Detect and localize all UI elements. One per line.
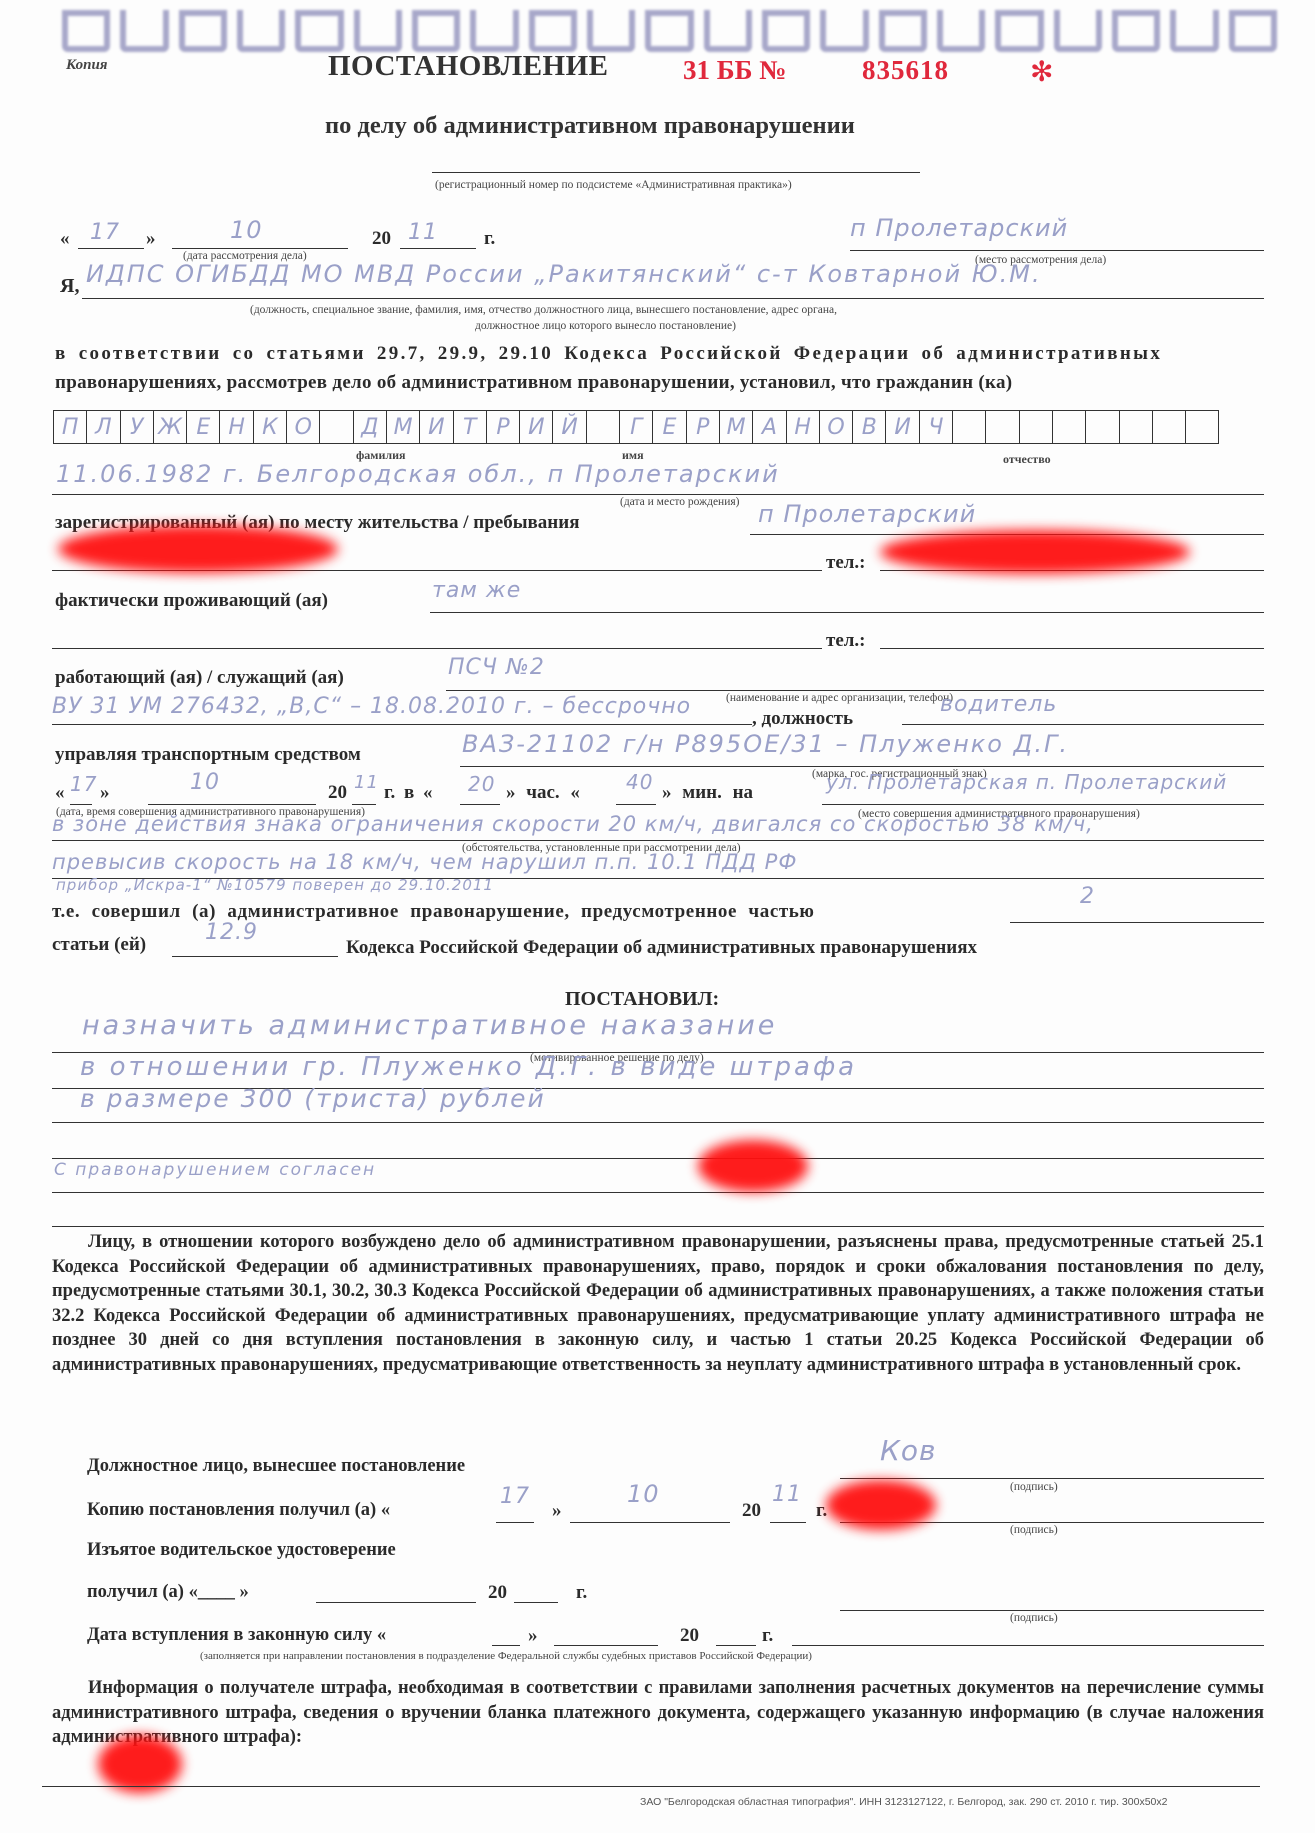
patronymic-caption: отчество: [1003, 452, 1051, 467]
decision-field-3[interactable]: [52, 1122, 1264, 1123]
signature-caption-3: (подпись): [1010, 1612, 1058, 1624]
name-letter-box[interactable]: Е: [187, 410, 220, 444]
name-letter-box[interactable]: Р: [487, 410, 520, 444]
decision-line-1: назначить административное наказание: [82, 1010, 777, 1041]
registered-value: п Пролетарский: [758, 500, 976, 528]
rights-text: Лицу, в отношении которого возбуждено де…: [52, 1230, 1264, 1377]
offense-year-field[interactable]: [352, 804, 376, 805]
name-letter-box[interactable]: И: [520, 410, 553, 444]
birth-caption: (дата и место рождения): [620, 496, 739, 508]
part-field[interactable]: [1010, 922, 1264, 923]
payment-info-paragraph: Информация о получателе штрафа, необходи…: [52, 1676, 1264, 1750]
star-mark-icon: ✻: [1030, 55, 1053, 89]
official-signature-field[interactable]: [840, 1478, 1264, 1479]
copy-year-field[interactable]: [770, 1522, 806, 1523]
code-label: Кодекса Российской Федерации об админист…: [346, 937, 977, 959]
circumstances-1: в зоне действия знака ограничения скорос…: [52, 812, 1094, 836]
decision-field-4[interactable]: [52, 1158, 1264, 1159]
vehicle-label: управляя транспортным средством: [55, 744, 361, 766]
copy-month: 10: [627, 1480, 660, 1508]
part-value: 2: [1080, 884, 1095, 909]
offense-minute-field[interactable]: [616, 804, 656, 805]
license-year-field[interactable]: [514, 1602, 558, 1603]
vehicle-value: ВАЗ-21102 г/н Р895ОЕ/31 – Плуженко Д.Г.: [462, 730, 1069, 758]
license-withdrawn-label: Изъятое водительское удостоверение: [87, 1540, 396, 1561]
license-received-label: получил (а) «____ »: [87, 1582, 249, 1603]
position-value: водитель: [940, 692, 1057, 717]
serial-number: 835618: [862, 55, 949, 86]
review-month: 10: [230, 216, 263, 244]
name-letter-box[interactable]: И: [420, 410, 453, 444]
name-letter-box[interactable]: А: [753, 410, 786, 444]
signature-caption-2: (подпись): [1010, 1524, 1058, 1536]
citizen-name-boxes[interactable]: ПЛУЖЕНКОДМИТРИЙГЕРМАНОВИЧ: [53, 410, 1219, 444]
decision-line-2: в отношении гр. Плуженко Д.Г. в виде штр…: [80, 1052, 857, 1082]
license-month-field[interactable]: [316, 1602, 476, 1603]
name-letter-box[interactable]: [320, 410, 353, 444]
name-letter-box[interactable]: Г: [620, 410, 653, 444]
official-field[interactable]: [82, 298, 1264, 299]
decision-line-3: в размере 300 (триста) рублей: [80, 1084, 546, 1113]
decision-heading: ПОСТАНОВИЛ:: [565, 988, 719, 1011]
printer-footer: ЗАО "Белгородская областная типография".…: [640, 1796, 1167, 1808]
document-subtitle: по делу об административном правонарушен…: [325, 112, 855, 140]
name-letter-box[interactable]: [1186, 410, 1219, 444]
redaction: [826, 1480, 936, 1530]
phone2-label: тел.:: [826, 630, 866, 652]
redaction: [880, 530, 1190, 574]
redaction: [58, 525, 338, 573]
offense-year: 11: [354, 772, 379, 793]
vehicle-field[interactable]: [460, 766, 1264, 767]
name-letter-box[interactable]: [1153, 410, 1186, 444]
decision-line-4: С правонарушением согласен: [54, 1160, 376, 1180]
serial-series: 31 ББ №: [683, 55, 786, 86]
redaction: [698, 1140, 808, 1192]
name-letter-box[interactable]: [986, 410, 1019, 444]
license-value: ВУ 31 УМ 276432, „В,С“ – 18.08.2010 г. –…: [52, 694, 691, 719]
name-letter-box[interactable]: [1086, 410, 1119, 444]
copy-label: Копия: [66, 57, 108, 74]
offense-at-label: г. в «: [384, 782, 433, 804]
name-letter-box[interactable]: П: [54, 410, 87, 444]
offense-hour-field[interactable]: [460, 804, 500, 805]
official-name: ИДПС ОГИБДД МО МВД России „Ракитянский“ …: [86, 260, 1042, 288]
quote-close: »: [146, 228, 156, 250]
copy-day: 17: [500, 1484, 530, 1509]
birth-value: 11.06.1982 г. Белгородская обл., п Проле…: [56, 460, 780, 488]
review-month-field[interactable]: [172, 248, 348, 249]
name-letter-box[interactable]: И: [886, 410, 919, 444]
review-place: п Пролетарский: [850, 214, 1068, 242]
name-letter-box[interactable]: Ч: [920, 410, 953, 444]
decision-field-5[interactable]: [52, 1192, 1264, 1193]
effective-g: г.: [762, 1625, 773, 1647]
official-signature: Ков: [880, 1434, 937, 1467]
license-g: г.: [576, 1582, 587, 1604]
position-field[interactable]: [902, 724, 1264, 725]
offense-month: 10: [190, 770, 220, 795]
review-place-field[interactable]: [850, 250, 1264, 251]
payment-info-text: Информация о получателе штрафа, необходи…: [52, 1676, 1264, 1750]
work-caption: (наименование и адрес организации, телеф…: [726, 692, 953, 704]
work-value: ПСЧ №2: [448, 655, 545, 680]
copy-year-prefix: 20: [742, 1500, 761, 1522]
official-caption-1: (должность, специальное звание, фамилия,…: [250, 304, 837, 316]
name-letter-box[interactable]: Е: [653, 410, 686, 444]
offense-minute: 40: [626, 770, 653, 794]
name-letter-box[interactable]: [1020, 410, 1053, 444]
effective-sep: »: [528, 1625, 538, 1647]
position-label: , должность: [752, 708, 853, 730]
quote-open: «: [60, 228, 70, 250]
actual-residence-field-2[interactable]: [52, 648, 822, 649]
work-label: работающий (ая) / служащий (ая): [55, 667, 344, 689]
signature-caption-1: (подпись): [1010, 1481, 1058, 1493]
article-field[interactable]: [172, 956, 338, 957]
review-day-field[interactable]: [78, 248, 144, 249]
name-letter-box[interactable]: У: [121, 410, 154, 444]
rights-paragraph: Лицу, в отношении которого возбуждено де…: [52, 1230, 1264, 1377]
intro-line-2: правонарушениях, рассмотрев дело об адми…: [55, 372, 1012, 394]
offense-place-field[interactable]: [822, 804, 1264, 805]
redaction: [98, 1735, 182, 1793]
committed-label: т.е. совершил (а) административное право…: [52, 901, 815, 923]
quote-open: «: [55, 782, 65, 804]
work-field[interactable]: [446, 690, 1264, 691]
license-year-prefix: 20: [488, 1582, 507, 1604]
review-year-prefix: 20: [372, 228, 391, 250]
review-year: 11: [408, 220, 438, 245]
review-day: 17: [90, 220, 120, 245]
name-letter-box[interactable]: Д: [354, 410, 387, 444]
effective-year-prefix: 20: [680, 1625, 699, 1647]
offense-hour: 20: [468, 772, 495, 796]
offense-place: ул. Пролетарская п. Пролетарский: [826, 770, 1227, 794]
actual-residence-field[interactable]: [430, 612, 1264, 613]
offense-year-prefix: 20: [328, 782, 347, 804]
reg-number-caption: (регистрационный номер по подсистеме «Ад…: [435, 179, 792, 191]
name-letter-box[interactable]: В: [853, 410, 886, 444]
copy-month-field[interactable]: [570, 1522, 730, 1523]
name-letter-box[interactable]: М: [720, 410, 753, 444]
name-letter-box[interactable]: [587, 410, 620, 444]
name-letter-box[interactable]: Л: [87, 410, 120, 444]
copy-day-field[interactable]: [496, 1522, 534, 1523]
name-letter-box[interactable]: Н: [220, 410, 253, 444]
actual-residence-value: там же: [432, 578, 521, 603]
license-field[interactable]: [52, 724, 752, 725]
payment-info-field[interactable]: [42, 1786, 1260, 1787]
license-signature-field[interactable]: [840, 1610, 1264, 1611]
name-letter-box[interactable]: Й: [553, 410, 586, 444]
decision-field-6[interactable]: [52, 1226, 1264, 1227]
article-label: статьи (ей): [52, 934, 146, 956]
review-year-field[interactable]: [400, 248, 476, 249]
name-letter-box[interactable]: Ж: [154, 410, 187, 444]
offense-hour-label: » час. «: [506, 782, 580, 804]
effective-year-field[interactable]: [716, 1645, 756, 1646]
name-letter-box[interactable]: [1120, 410, 1153, 444]
phone-label: тел.:: [826, 552, 866, 574]
name-letter-box[interactable]: Т: [454, 410, 487, 444]
copy-sep: »: [552, 1500, 562, 1522]
phone2-field[interactable]: [880, 648, 1264, 649]
copy-received-label: Копию постановления получил (а) «: [87, 1500, 390, 1521]
effective-date-label: Дата вступления в законную силу «: [87, 1625, 386, 1646]
birth-field[interactable]: [52, 494, 1264, 495]
official-signature-label: Должностное лицо, вынесшее постановление: [87, 1456, 465, 1477]
name-letter-box[interactable]: Н: [787, 410, 820, 444]
name-letter-box[interactable]: О: [287, 410, 320, 444]
effective-day-field[interactable]: [492, 1645, 520, 1646]
name-letter-box[interactable]: М: [387, 410, 420, 444]
copy-year: 11: [772, 1482, 802, 1507]
effective-caption: (заполняется при направлении постановлен…: [200, 1650, 812, 1662]
name-letter-box[interactable]: К: [254, 410, 287, 444]
offense-day-field[interactable]: [70, 804, 92, 805]
circumstances-field-1[interactable]: [52, 840, 1264, 841]
effective-month-field[interactable]: [554, 1645, 658, 1646]
circumstances-2: превысив скорость на 18 км/ч, чем наруши…: [52, 850, 797, 874]
name-letter-box[interactable]: Р: [687, 410, 720, 444]
effective-extra-field[interactable]: [792, 1645, 1264, 1646]
perforation-edge: [62, 10, 1277, 52]
actual-residence-label: фактически проживающий (ая): [55, 590, 328, 612]
reg-number-line[interactable]: [432, 172, 920, 173]
offense-day: 17: [70, 772, 97, 796]
name-letter-box[interactable]: [1053, 410, 1086, 444]
document-title: ПОСТАНОВЛЕНИЕ: [328, 50, 609, 83]
review-year-suffix: г.: [484, 228, 495, 250]
official-prefix: Я,: [60, 275, 79, 298]
intro-line-1: в соответствии со статьями 29.7, 29.9, 2…: [55, 343, 1162, 365]
quote-close: »: [100, 782, 110, 804]
circumstances-3: прибор „Искра-1“ №10579 поверен до 29.10…: [56, 876, 494, 894]
name-letter-box[interactable]: О: [820, 410, 853, 444]
offense-month-field[interactable]: [148, 804, 316, 805]
offense-minute-label: » мин. на: [662, 782, 753, 804]
official-caption-2: должностное лицо которого вынесло постан…: [475, 320, 736, 332]
name-letter-box[interactable]: [953, 410, 986, 444]
article-value: 12.9: [205, 920, 258, 945]
